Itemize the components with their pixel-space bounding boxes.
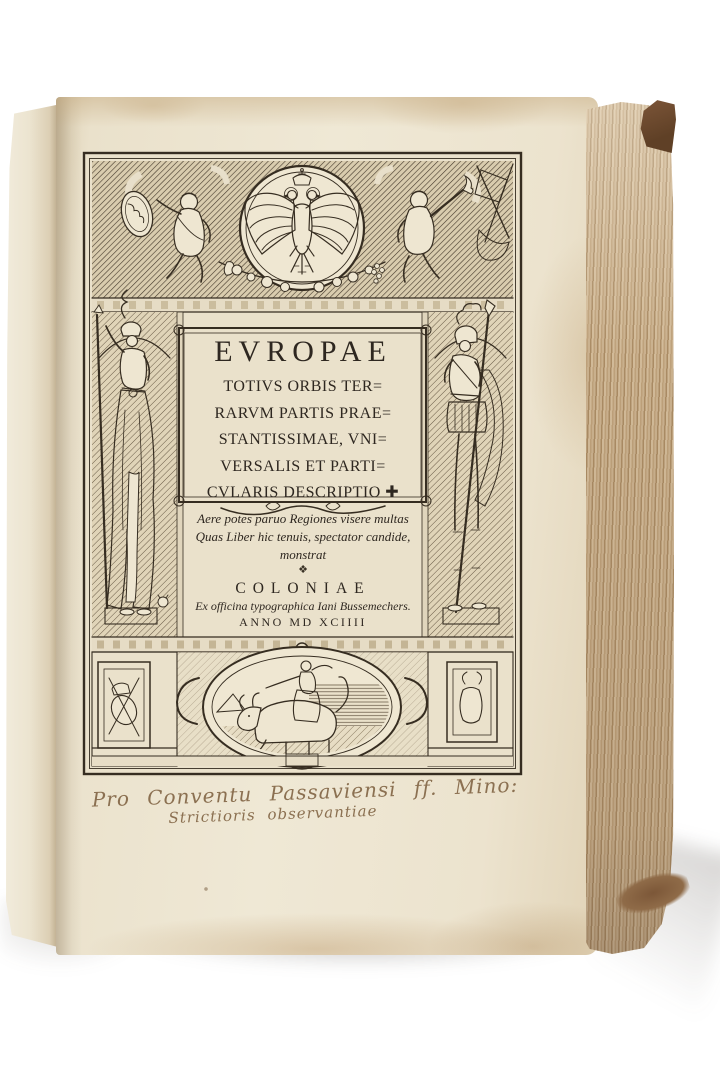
title-line-main: EVROPAE bbox=[177, 337, 429, 367]
title-line: RARVM PARTIS PRAE= bbox=[177, 401, 429, 428]
verse-line: Aere potes paruo Regiones visere multas bbox=[153, 510, 453, 528]
title-cartouche-text: EVROPAE TOTIVS ORBIS TER= RARVM PARTIS P… bbox=[177, 337, 429, 507]
verse-line: monstrat bbox=[153, 546, 453, 564]
imperial-eagle-medallion bbox=[240, 166, 364, 290]
fleuron-icon: ❖ bbox=[153, 564, 453, 577]
imprint-officina: Ex officina typographica Iani Bussemeche… bbox=[153, 598, 453, 614]
ownership-inscription: Pro Conventu Passaviensi ff. Mino: Stric… bbox=[91, 772, 532, 829]
imprint-anno: ANNO MD XCIIII bbox=[153, 615, 453, 630]
title-line: CVLARIS DESCRIPTIO ✚ bbox=[177, 480, 429, 507]
title-line: TOTIVS ORBIS TER= bbox=[177, 374, 429, 401]
imprint-place: COLONIAE bbox=[153, 579, 453, 598]
title-line: VERSALIS ET PARTI= bbox=[177, 454, 429, 481]
title-page: EVROPAE TOTIVS ORBIS TER= RARVM PARTIS P… bbox=[56, 97, 598, 955]
cornice-upper bbox=[92, 298, 513, 312]
plate-base bbox=[92, 754, 513, 766]
fore-edge-pages bbox=[586, 102, 674, 954]
photo-of-open-book: EVROPAE TOTIVS ORBIS TER= RARVM PARTIS P… bbox=[0, 0, 720, 1080]
verse-line: Quas Liber hic tenuis, spectator candide… bbox=[153, 528, 453, 546]
top-frieze bbox=[92, 161, 513, 298]
imprint-block: Aere potes paruo Regiones visere multas … bbox=[153, 510, 453, 630]
title-line: STANTISSIMAE, VNI= bbox=[177, 427, 429, 454]
